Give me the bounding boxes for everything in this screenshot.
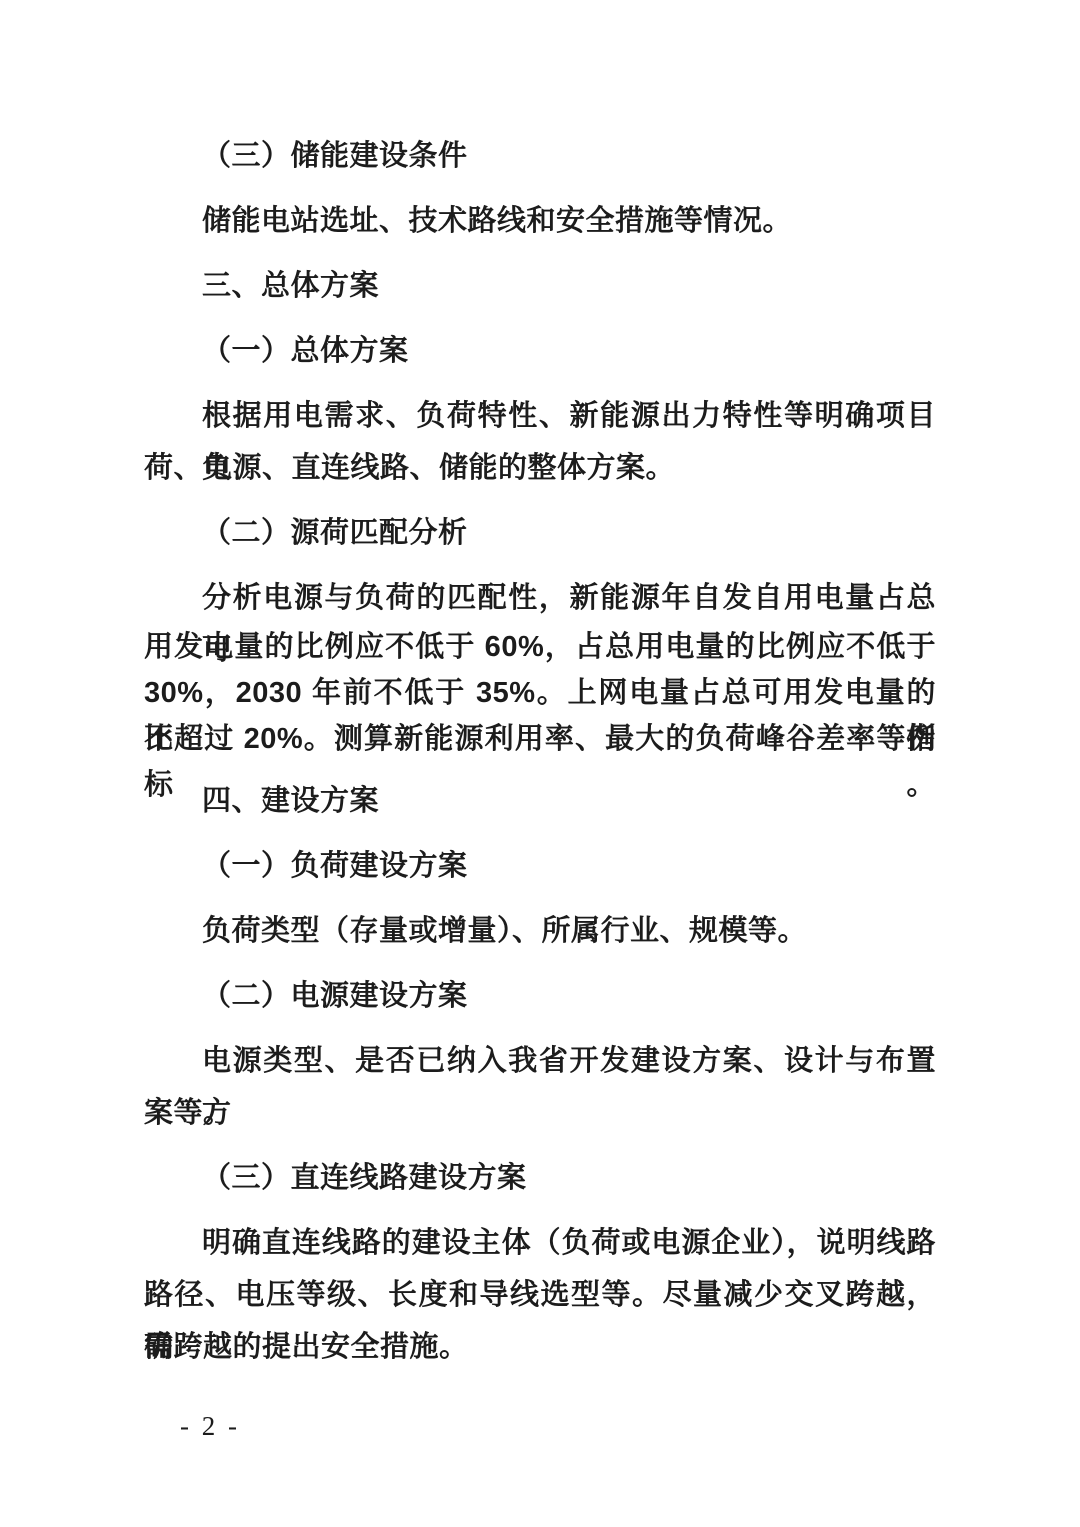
para-source-load-line-1: 分析电源与负荷的匹配性，新能源年自发自用电量占总可: [144, 572, 936, 624]
para-overall-plan-line-2: 荷、电源、直连线路、储能的整体方案。: [144, 442, 936, 494]
para-overall-plan-line-1: 根据用电需求、负荷特性、新能源出力特性等明确项目负: [144, 390, 936, 442]
page-number: - 2 -: [144, 1411, 936, 1442]
para-direct-line-line-1: 明确直连线路的建设主体（负荷或电源企业），说明线路: [144, 1217, 936, 1269]
para-storage-siting: 储能电站选址、技术路线和安全措施等情况。: [144, 195, 936, 247]
heading-storage-construction-conditions: （三）储能建设条件: [144, 130, 936, 182]
para-direct-line-line-2: 路径、电压等级、长度和导线选型等。尽量减少交叉跨越，确: [144, 1269, 936, 1321]
para-power-type-line-1: 电源类型、是否已纳入我省开发建设方案、设计与布置方: [144, 1035, 936, 1087]
document-page: （三）储能建设条件 储能电站选址、技术路线和安全措施等情况。 三、总体方案 （一…: [0, 0, 1080, 1527]
heading-load-construction-plan: （一）负荷建设方案: [144, 840, 936, 892]
para-load-type: 负荷类型（存量或增量）、所属行业、规模等。: [144, 905, 936, 957]
heading-direct-line-construction-plan: （三）直连线路建设方案: [144, 1152, 936, 1204]
para-direct-line-line-3: 需跨越的提出安全措施。: [144, 1321, 936, 1373]
heading-overall-plan-sub: （一）总体方案: [144, 325, 936, 377]
heading-source-load-matching: （二）源荷匹配分析: [144, 507, 936, 559]
para-source-load-line-2: 用发电量的比例应不低于 60%，占总用电量的比例应不低于: [144, 624, 936, 670]
heading-power-construction-plan: （二）电源建设方案: [144, 970, 936, 1022]
para-source-load-line-3: 30%，2030 年前不低于 35%。上网电量占总可用发电量的比例: [144, 670, 936, 716]
para-source-load-line-4: 不超过 20%。测算新能源利用率、最大的负荷峰谷差率等指标。: [144, 716, 936, 762]
para-power-type-line-2: 案等。: [144, 1087, 936, 1139]
heading-overall-plan-section: 三、总体方案: [144, 260, 936, 312]
